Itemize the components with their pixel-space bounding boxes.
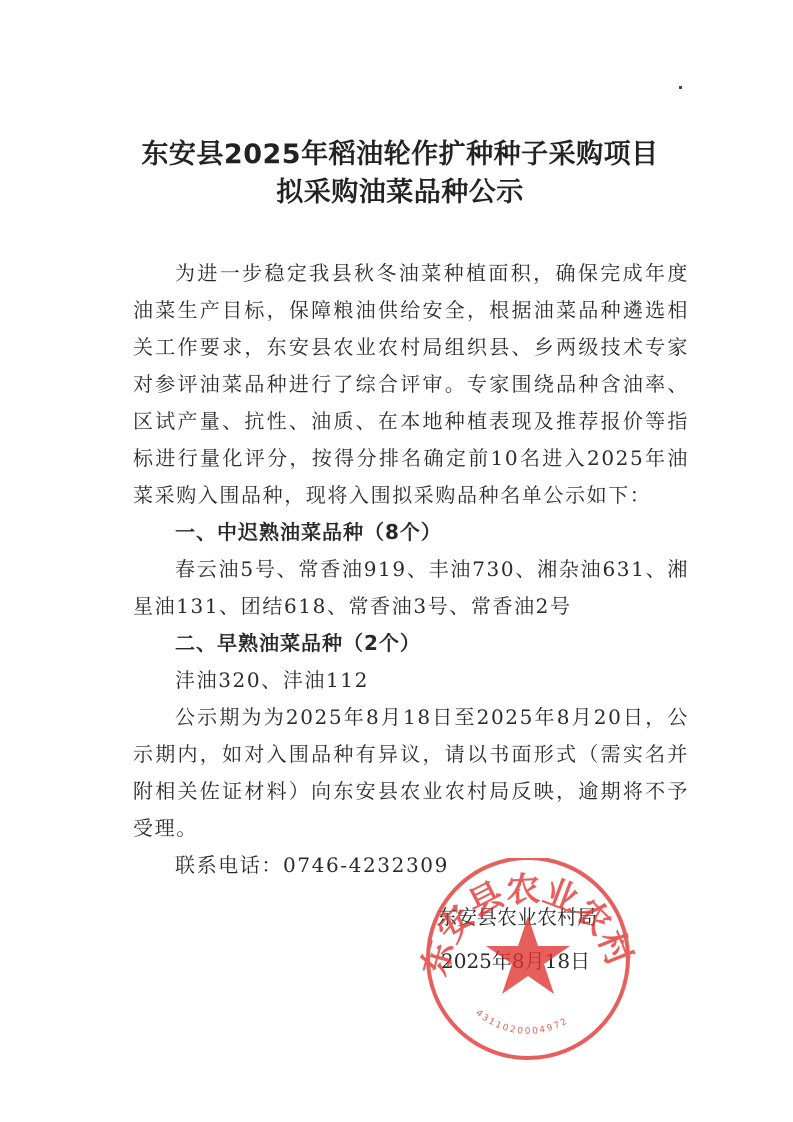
issuer-name: 东安县农业农村局 bbox=[437, 895, 597, 939]
issue-date: 2025年8月18日 bbox=[437, 939, 597, 983]
varieties-early: 沣油320、沣油112 bbox=[133, 662, 689, 699]
notice-paragraph: 公示期为为2025年8月18日至2025年8月20日，公示期内，如对入围品种有异… bbox=[133, 699, 689, 847]
signature-block: 东安县农业农村局 2025年8月18日 bbox=[437, 895, 597, 983]
contact-line: 联系电话：0746-4232309 bbox=[133, 847, 689, 884]
title-line-2: 拟采购油菜品种公示 bbox=[120, 174, 680, 212]
title-line-1: 东安县2025年稻油轮作扩种种子采购项目 bbox=[120, 136, 680, 174]
document-title: 东安县2025年稻油轮作扩种种子采购项目 拟采购油菜品种公示 bbox=[120, 136, 680, 212]
document-body: 为进一步稳定我县秋冬油菜种植面积，确保完成年度油菜生产目标，保障粮油供给安全，根… bbox=[133, 255, 689, 884]
scan-speck bbox=[679, 86, 682, 89]
section-heading-mid-late: 一、中迟熟油菜品种（8个） bbox=[133, 514, 689, 551]
section-heading-early: 二、早熟油菜品种（2个） bbox=[133, 625, 689, 662]
seal-code: 4311020004972 bbox=[473, 1008, 570, 1037]
intro-paragraph: 为进一步稳定我县秋冬油菜种植面积，确保完成年度油菜生产目标，保障粮油供给安全，根… bbox=[133, 255, 689, 514]
varieties-mid-late: 春云油5号、常香油919、丰油730、湘杂油631、湘星油131、团结618、常… bbox=[133, 551, 689, 625]
